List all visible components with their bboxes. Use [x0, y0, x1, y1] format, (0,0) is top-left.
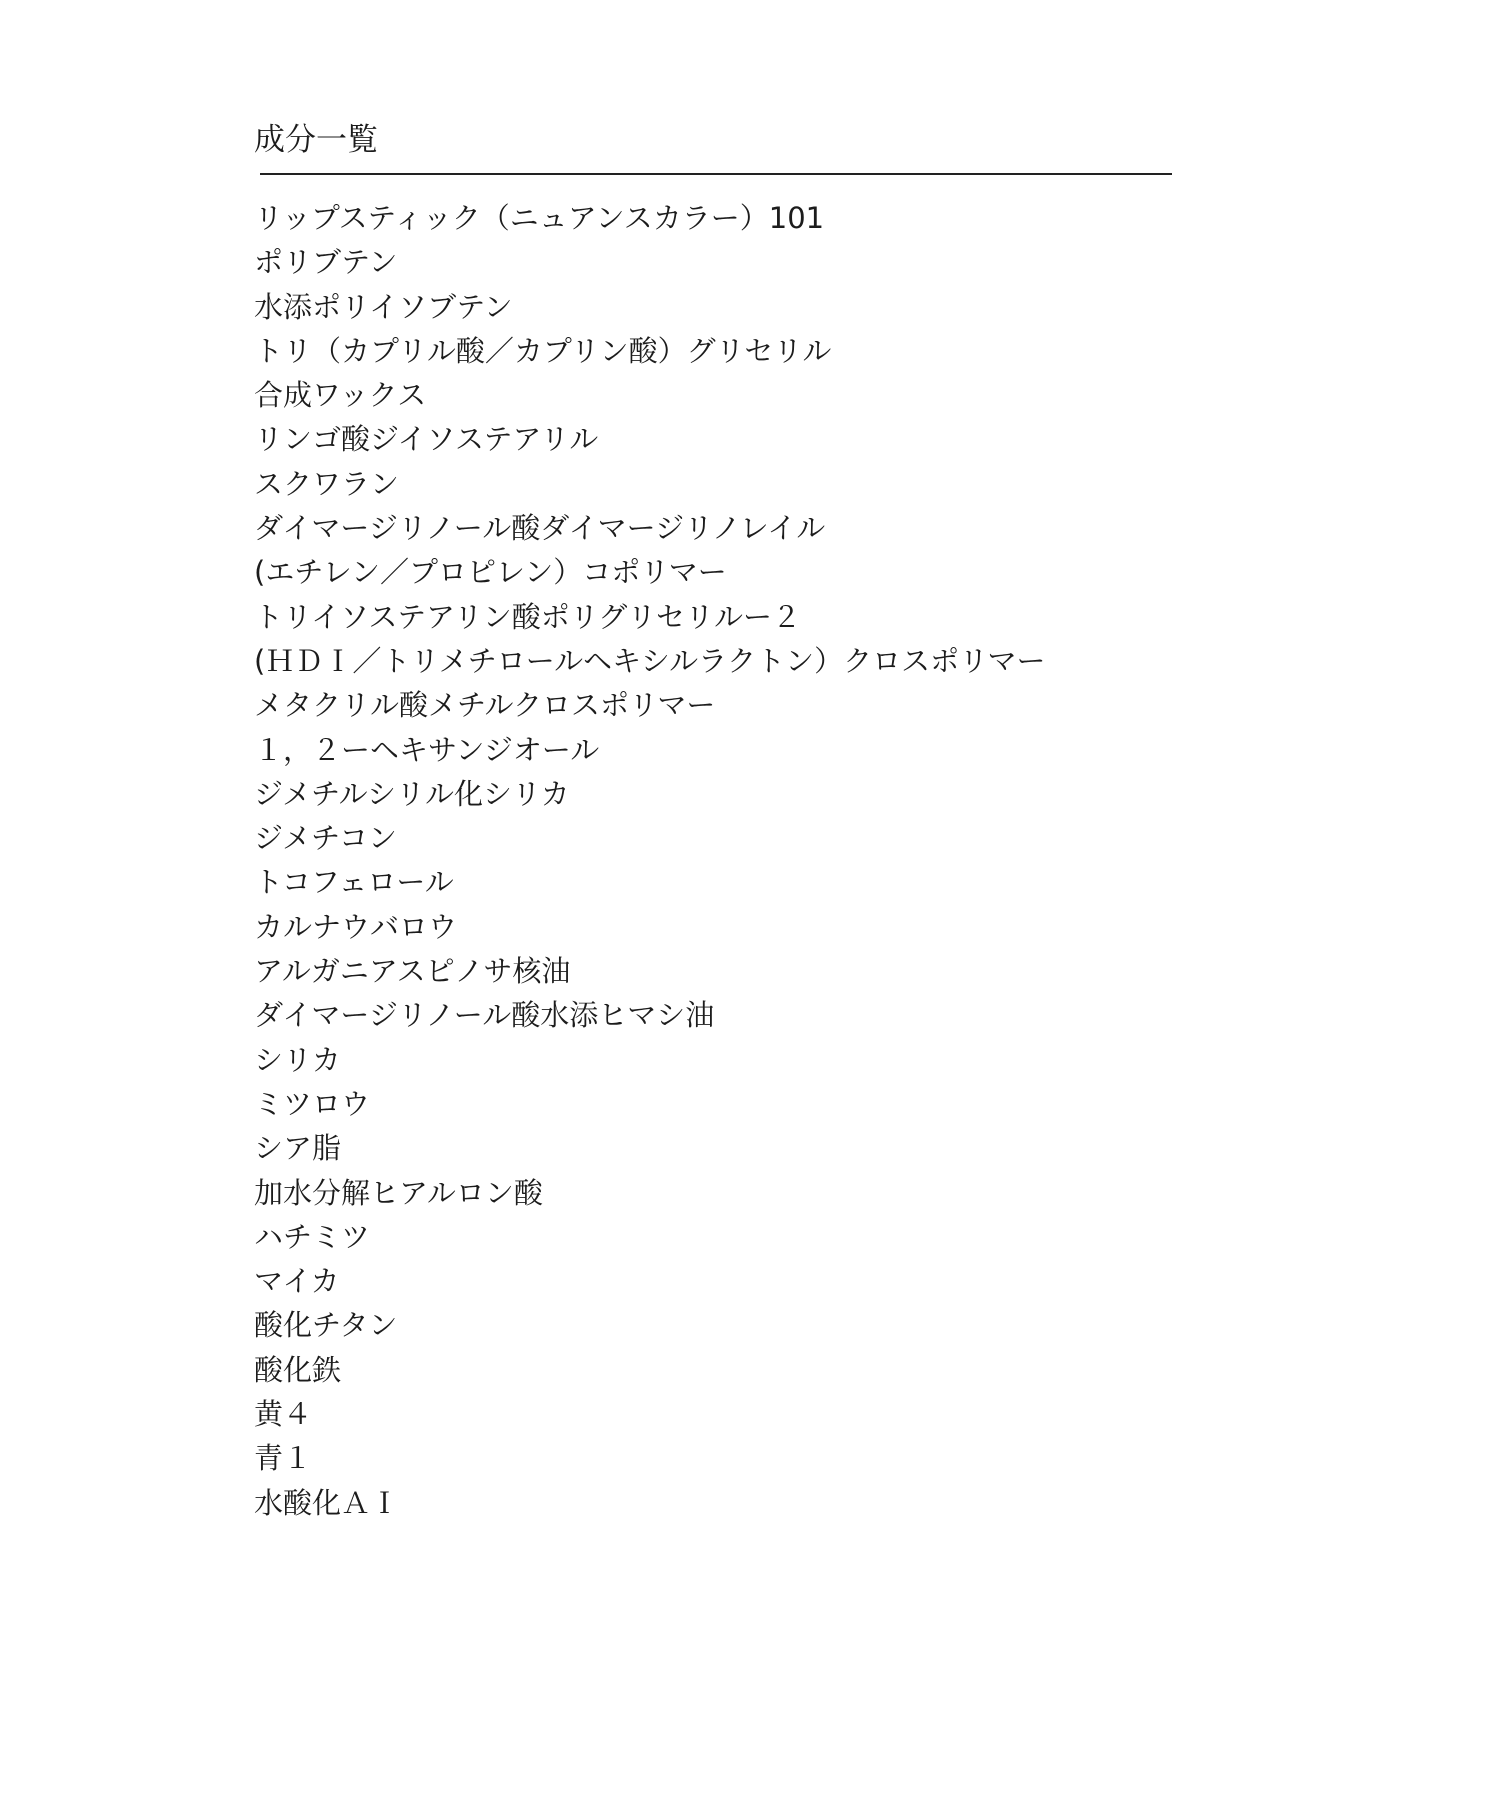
- list-item: リップスティック（ニュアンスカラー）101: [254, 196, 1046, 240]
- list-item: シア脂: [254, 1126, 1046, 1170]
- list-item: スクワラン: [254, 462, 1046, 506]
- list-item: 加水分解ヒアルロン酸: [254, 1171, 1046, 1215]
- list-item: 水添ポリイソブテン: [254, 285, 1046, 329]
- list-item: アルガニアスピノサ核油: [254, 949, 1046, 993]
- title-divider: [260, 173, 1172, 175]
- list-item: リンゴ酸ジイソステアリル: [254, 417, 1046, 461]
- list-item: 水酸化ＡＩ: [254, 1481, 1046, 1525]
- list-item: 酸化鉄: [254, 1348, 1046, 1392]
- list-item: (ＨＤＩ／トリメチロールヘキシルラクトン）クロスポリマー: [254, 639, 1046, 683]
- list-item: ダイマージリノール酸ダイマージリノレイル: [254, 506, 1046, 550]
- list-item: 青１: [254, 1436, 1046, 1480]
- list-item: 合成ワックス: [254, 373, 1046, 417]
- list-item: マイカ: [254, 1259, 1046, 1303]
- list-item: トリ（カプリル酸／カプリン酸）グリセリル: [254, 329, 1046, 373]
- list-item: ハチミツ: [254, 1215, 1046, 1259]
- list-item: (エチレン／プロピレン）コポリマー: [254, 550, 1046, 594]
- list-item: ジメチコン: [254, 816, 1046, 860]
- list-item: ミツロウ: [254, 1082, 1046, 1126]
- list-item: シリカ: [254, 1038, 1046, 1082]
- list-item: ジメチルシリル化シリカ: [254, 772, 1046, 816]
- list-item: ダイマージリノール酸水添ヒマシ油: [254, 993, 1046, 1037]
- ingredient-list: リップスティック（ニュアンスカラー）101 ポリブテン 水添ポリイソブテン トリ…: [254, 196, 1046, 1525]
- list-item: トリイソステアリン酸ポリグリセリルー２: [254, 595, 1046, 639]
- list-item: メタクリル酸メチルクロスポリマー: [254, 683, 1046, 727]
- list-item: ポリブテン: [254, 240, 1046, 284]
- list-item: トコフェロール: [254, 860, 1046, 904]
- list-item: １，２ーヘキサンジオール: [254, 728, 1046, 772]
- list-item: 黄４: [254, 1392, 1046, 1436]
- list-item: カルナウバロウ: [254, 905, 1046, 949]
- page-title: 成分一覧: [254, 118, 378, 162]
- list-item: 酸化チタン: [254, 1303, 1046, 1347]
